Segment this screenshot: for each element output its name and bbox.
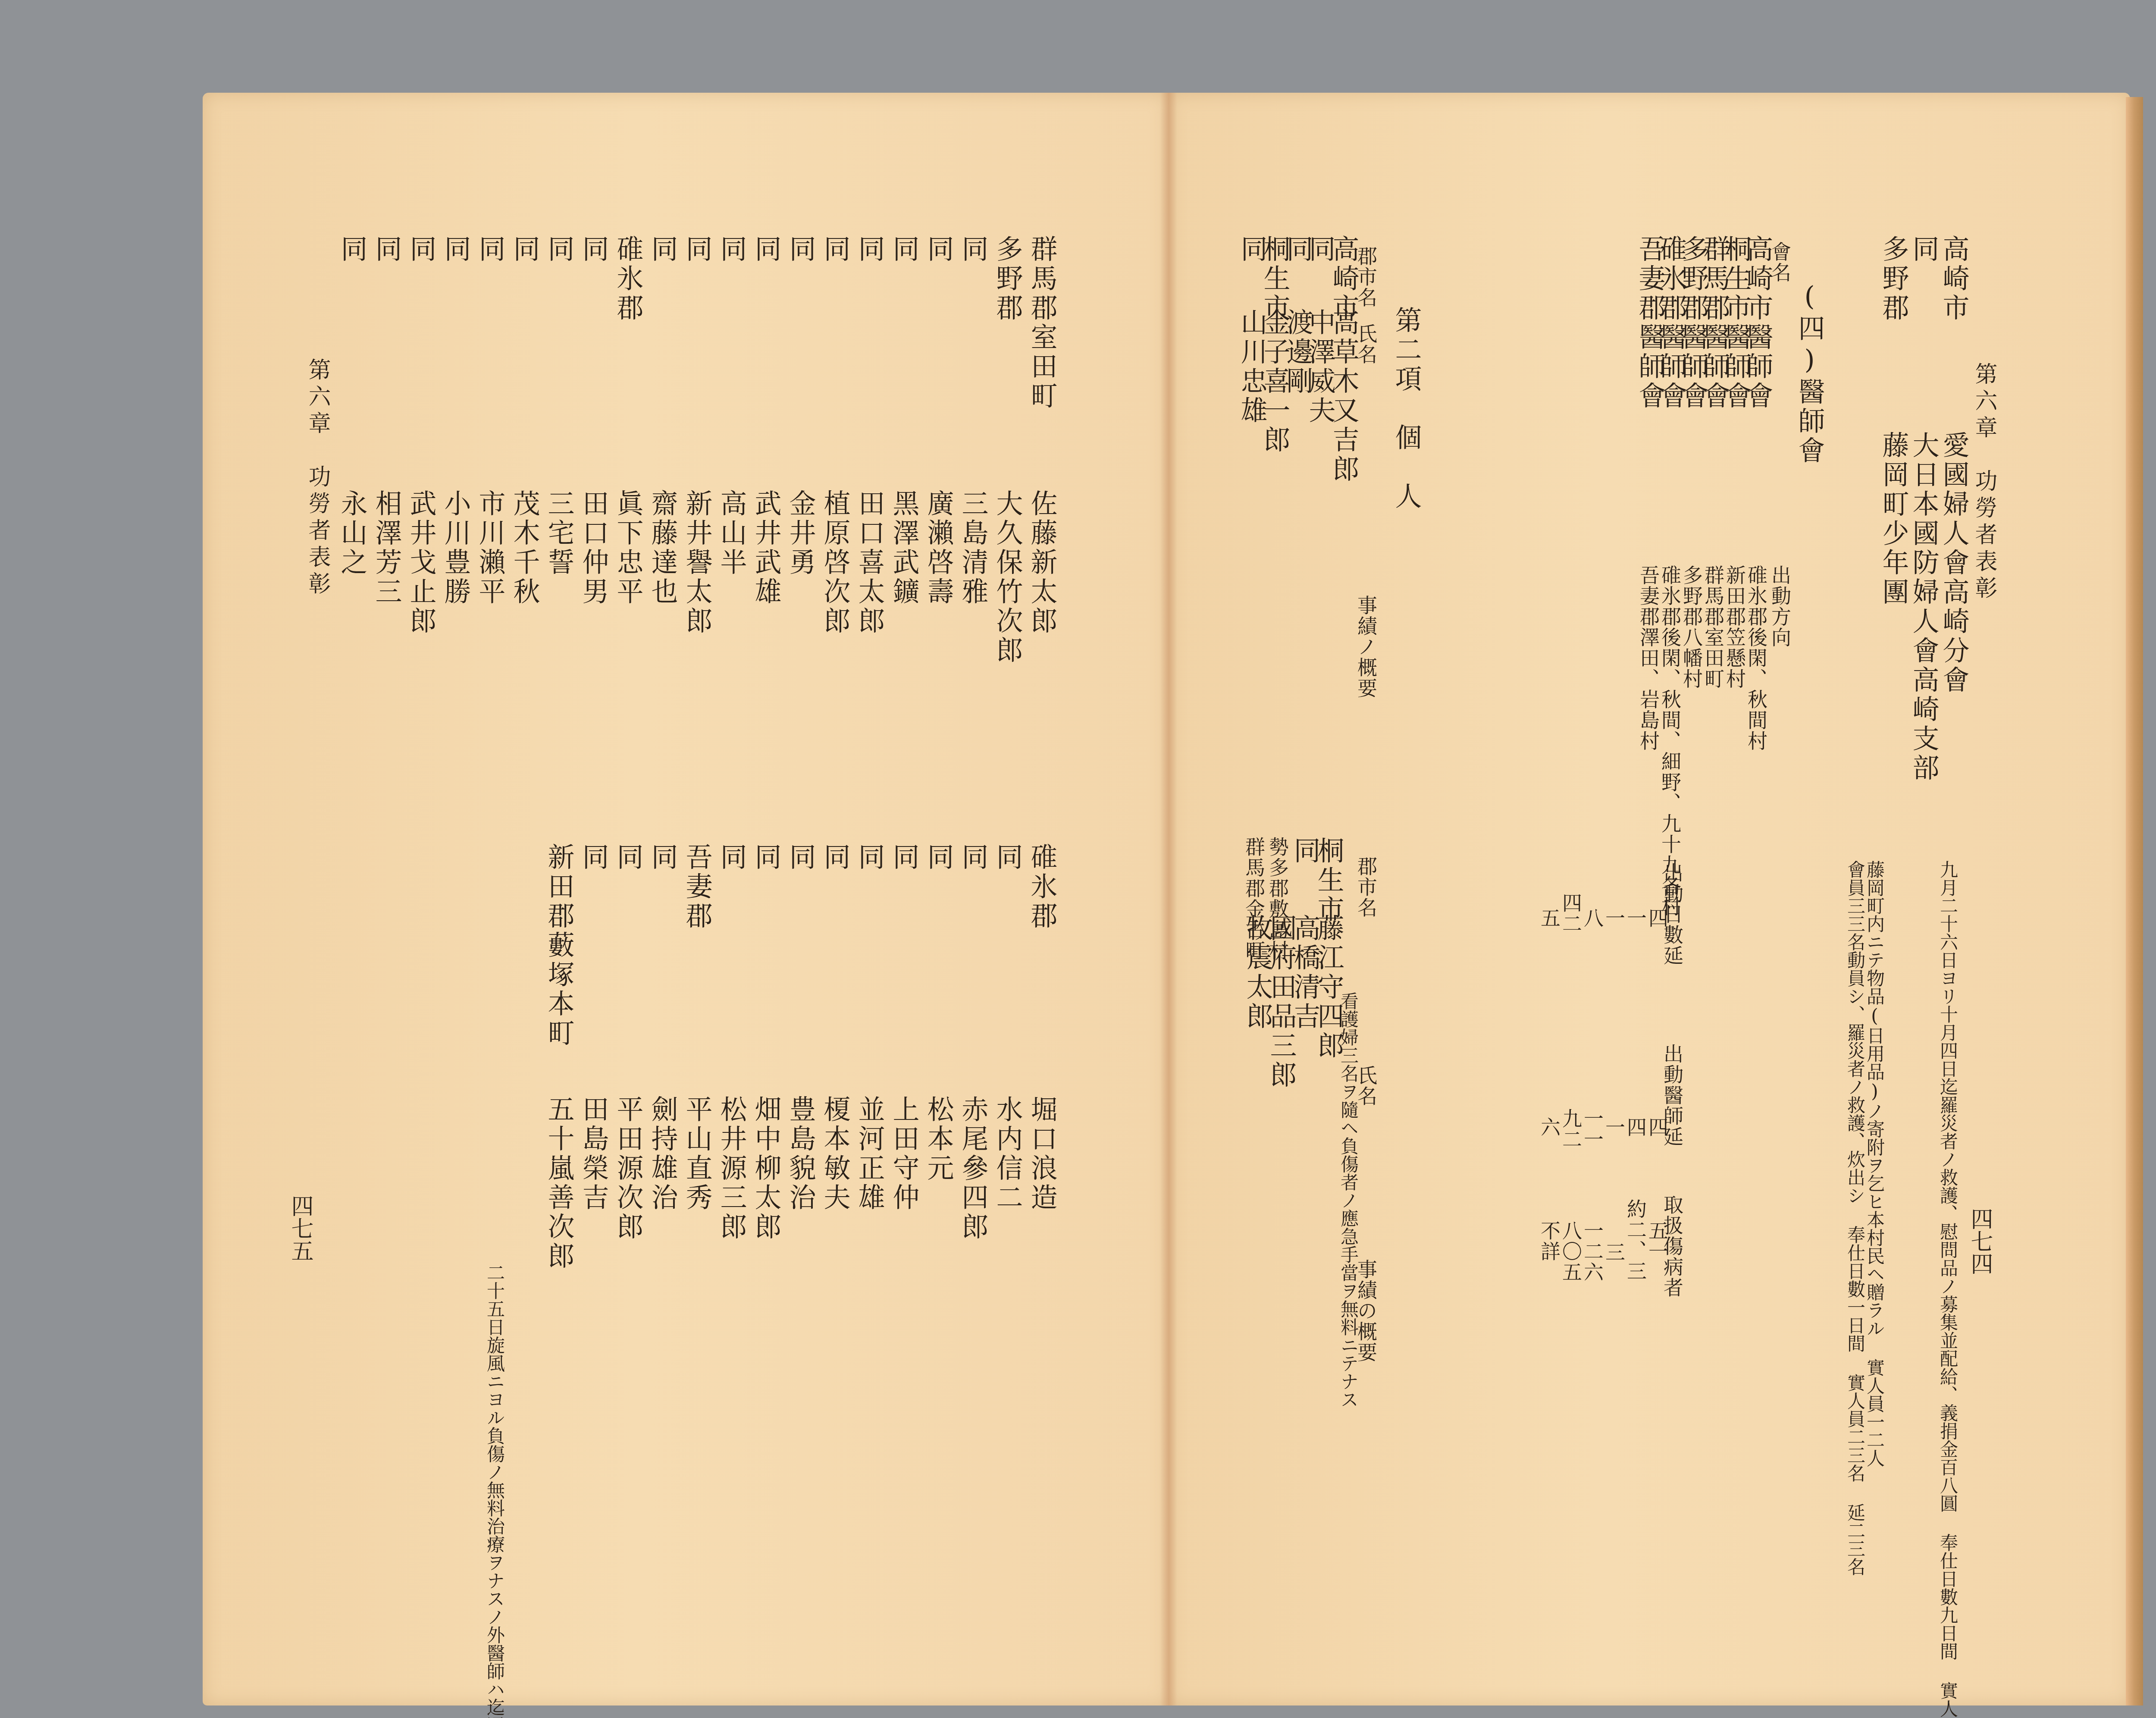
person-name: 堀口浪造 [1028, 1095, 1055, 1213]
col-header-summary: 事績ノ概要 [1356, 595, 1376, 699]
group-name: 藤岡町少年團 [1880, 431, 1907, 607]
person-district: 碓氷郡 [614, 235, 641, 323]
medical-row-patients: 八〇五 [1561, 1220, 1581, 1282]
person-district: 同 [925, 843, 952, 872]
person-district: 同 [1291, 837, 1318, 866]
section-heading-medical: (四)醫師會 [1796, 280, 1823, 466]
person-district: 同 [373, 235, 400, 264]
person-district: 同 [821, 843, 848, 872]
person-district: 同 [649, 843, 676, 872]
medical-row-days: 一 [1604, 908, 1624, 928]
medical-row-patients: 不詳 [1539, 1220, 1559, 1262]
person-district: 新田郡藪塚本町 [545, 843, 572, 1048]
medical-row-patients: 約二、三 [1626, 1199, 1645, 1282]
medical-row-doctors: 九二 [1561, 1108, 1581, 1150]
medical-row-doctors: 四 [1626, 1117, 1645, 1138]
person-name: 松井源三郎 [718, 1095, 745, 1242]
person-district: 群馬郡室田町 [1028, 235, 1055, 411]
medical-row-doctors: 六 [1539, 1117, 1559, 1138]
person-name: 三島清雅 [959, 489, 986, 607]
person-name: 金井勇 [787, 489, 814, 577]
person-name: 牧震太郎 [1244, 914, 1271, 1031]
person-name: 永山之 [338, 489, 365, 577]
person-district: 同 [890, 235, 917, 264]
person-name: 茂木千秋 [511, 489, 538, 607]
person-district: 同 [890, 843, 917, 872]
person-name: 小川豊勝 [442, 489, 469, 607]
person-district: 同 [442, 235, 469, 264]
medical-row-direction: 碓氷郡後閑、秋間村 [1746, 565, 1766, 751]
person-district: 同 [959, 843, 986, 872]
person-district: 同 [476, 235, 503, 264]
person-district: 同 [856, 235, 883, 264]
group-name: 愛國婦人會高崎分會 [1940, 431, 1967, 695]
person-district: 同 [338, 235, 365, 264]
medical-row-direction: 群馬郡室田町 [1703, 565, 1723, 689]
person-name: 劍持雄治 [649, 1095, 676, 1213]
person-district: 同 [580, 843, 607, 872]
medical-row-name: 吾妻郡醫師會 [1636, 235, 1663, 411]
person-district: 同 [580, 235, 607, 264]
person-district: 同 [752, 235, 779, 264]
person-name: 平山直秀 [683, 1095, 710, 1213]
medical-row-days: 五 [1539, 908, 1559, 928]
medical-row-doctors: 一 [1604, 1117, 1624, 1138]
person-name: 山川忠雄 [1238, 308, 1265, 426]
medical-row-doctors: 一一 [1583, 1108, 1602, 1150]
person-district: 同 [407, 235, 434, 264]
person-note: 二十五日旋風ニヨル負傷ノ無料治療ヲナスノ外醫師ハ迄通ヘル負傷者ヲ無料ニテ治療ヲナ… [431, 1263, 505, 1410]
page-number-left: 四七五 [289, 1194, 311, 1262]
medical-row-direction: 多野郡八幡村 [1682, 565, 1702, 689]
person-district: 同 [994, 843, 1021, 872]
group-note: 藤岡町内ニテ物品(日用品)ノ寄附ヲ乞ヒ本村民ヘ贈ラル 實人員一二人 [1858, 860, 1884, 1248]
person-district: 同 [718, 843, 745, 872]
person-name: 上田守仲 [890, 1095, 917, 1213]
person-district: 同 [821, 235, 848, 264]
medical-row-days: 八 [1583, 908, 1602, 928]
person-name: 五十嵐善次郎 [545, 1095, 572, 1271]
person-district: 同 [545, 235, 572, 264]
person-name: 相澤芳三 [373, 489, 400, 607]
person-name: 赤尾參四郎 [959, 1095, 986, 1242]
running-head-right: 第六章 功勞者表彰 [1973, 362, 1995, 603]
person-name: 平田源次郎 [614, 1095, 641, 1242]
person-name: 齋藤達也 [649, 489, 676, 607]
person-name: 廣瀨啓壽 [925, 489, 952, 607]
book-gutter [1160, 93, 1177, 1705]
person-district: 碓氷郡 [1028, 843, 1055, 931]
medical-row-direction: 碓氷郡後閑、秋間、細野、九十九各村 [1660, 565, 1680, 917]
person-name: 市川瀨平 [476, 489, 503, 607]
person-name: 並河正雄 [856, 1095, 883, 1213]
person-name: 松本元 [925, 1095, 952, 1183]
person-name: 豊島貌治 [787, 1095, 814, 1213]
person-district: 吾妻郡 [683, 843, 710, 931]
person-name: 高山半 [718, 489, 745, 577]
person-name: 田口喜太郎 [856, 489, 883, 636]
person-district: 同 [1238, 235, 1265, 264]
person-name: 田島榮吉 [580, 1095, 607, 1213]
person-name: 田口仲男 [580, 489, 607, 607]
medical-row-direction: 新田郡笠懸村 [1725, 565, 1745, 689]
page-number-right: 四七四 [1968, 1207, 1991, 1275]
medical-row-patients: 三 [1604, 1242, 1624, 1263]
person-name: 三宅誓 [545, 489, 572, 577]
person-district: 同 [614, 843, 641, 872]
person-name: 武井武雄 [752, 489, 779, 607]
medical-row-direction: 吾妻郡澤田、岩島村 [1639, 565, 1658, 751]
col-header-district: 郡市名 [1356, 856, 1376, 918]
person-name: 黑澤武鑛 [890, 489, 917, 607]
group-location: 高崎市 [1940, 235, 1967, 323]
person-name: 植原啓次郎 [821, 489, 848, 636]
person-name: 新井譽太郎 [683, 489, 710, 636]
section-heading-individuals: 第二項 個 人 [1393, 306, 1420, 511]
person-district: 同 [787, 235, 814, 264]
person-name: 武井戈止郎 [407, 489, 434, 636]
person-district: 同 [683, 235, 710, 264]
person-district: 多野郡 [994, 235, 1021, 323]
person-name: 水内信二 [994, 1095, 1021, 1213]
medical-row-doctors: 四 [1647, 1117, 1667, 1138]
person-name: 榎本敏夫 [821, 1095, 848, 1213]
medical-row-days: 四二 [1561, 893, 1581, 934]
person-district: 同 [925, 235, 952, 264]
group-location: 同 [1910, 235, 1937, 264]
person-district: 同 [959, 235, 986, 264]
person-district: 同 [718, 235, 745, 264]
col-header-direction: 出動方向 [1770, 565, 1790, 648]
person-name: 眞下忠平 [614, 489, 641, 607]
person-district: 同 [787, 843, 814, 872]
person-district: 同 [752, 843, 779, 872]
person-district: 同 [511, 235, 538, 264]
person-district: 同 [649, 235, 676, 264]
group-location: 多野郡 [1880, 235, 1907, 323]
person-district: 同 [856, 843, 883, 872]
person-name: 佐藤新太郎 [1028, 489, 1055, 636]
person-name: 大久保竹次郎 [994, 489, 1021, 665]
page-edge [2126, 97, 2143, 1705]
medical-row-patients: 一二六 [1583, 1220, 1602, 1282]
medical-row-days: 一 [1626, 908, 1645, 928]
running-head-left: 第六章 功勞者表彰 [306, 358, 329, 599]
medical-row-patients: 五一 [1647, 1220, 1667, 1262]
group-name: 大日本國防婦人會高崎支部 [1910, 431, 1937, 783]
person-name: 畑中柳太郎 [752, 1095, 779, 1242]
